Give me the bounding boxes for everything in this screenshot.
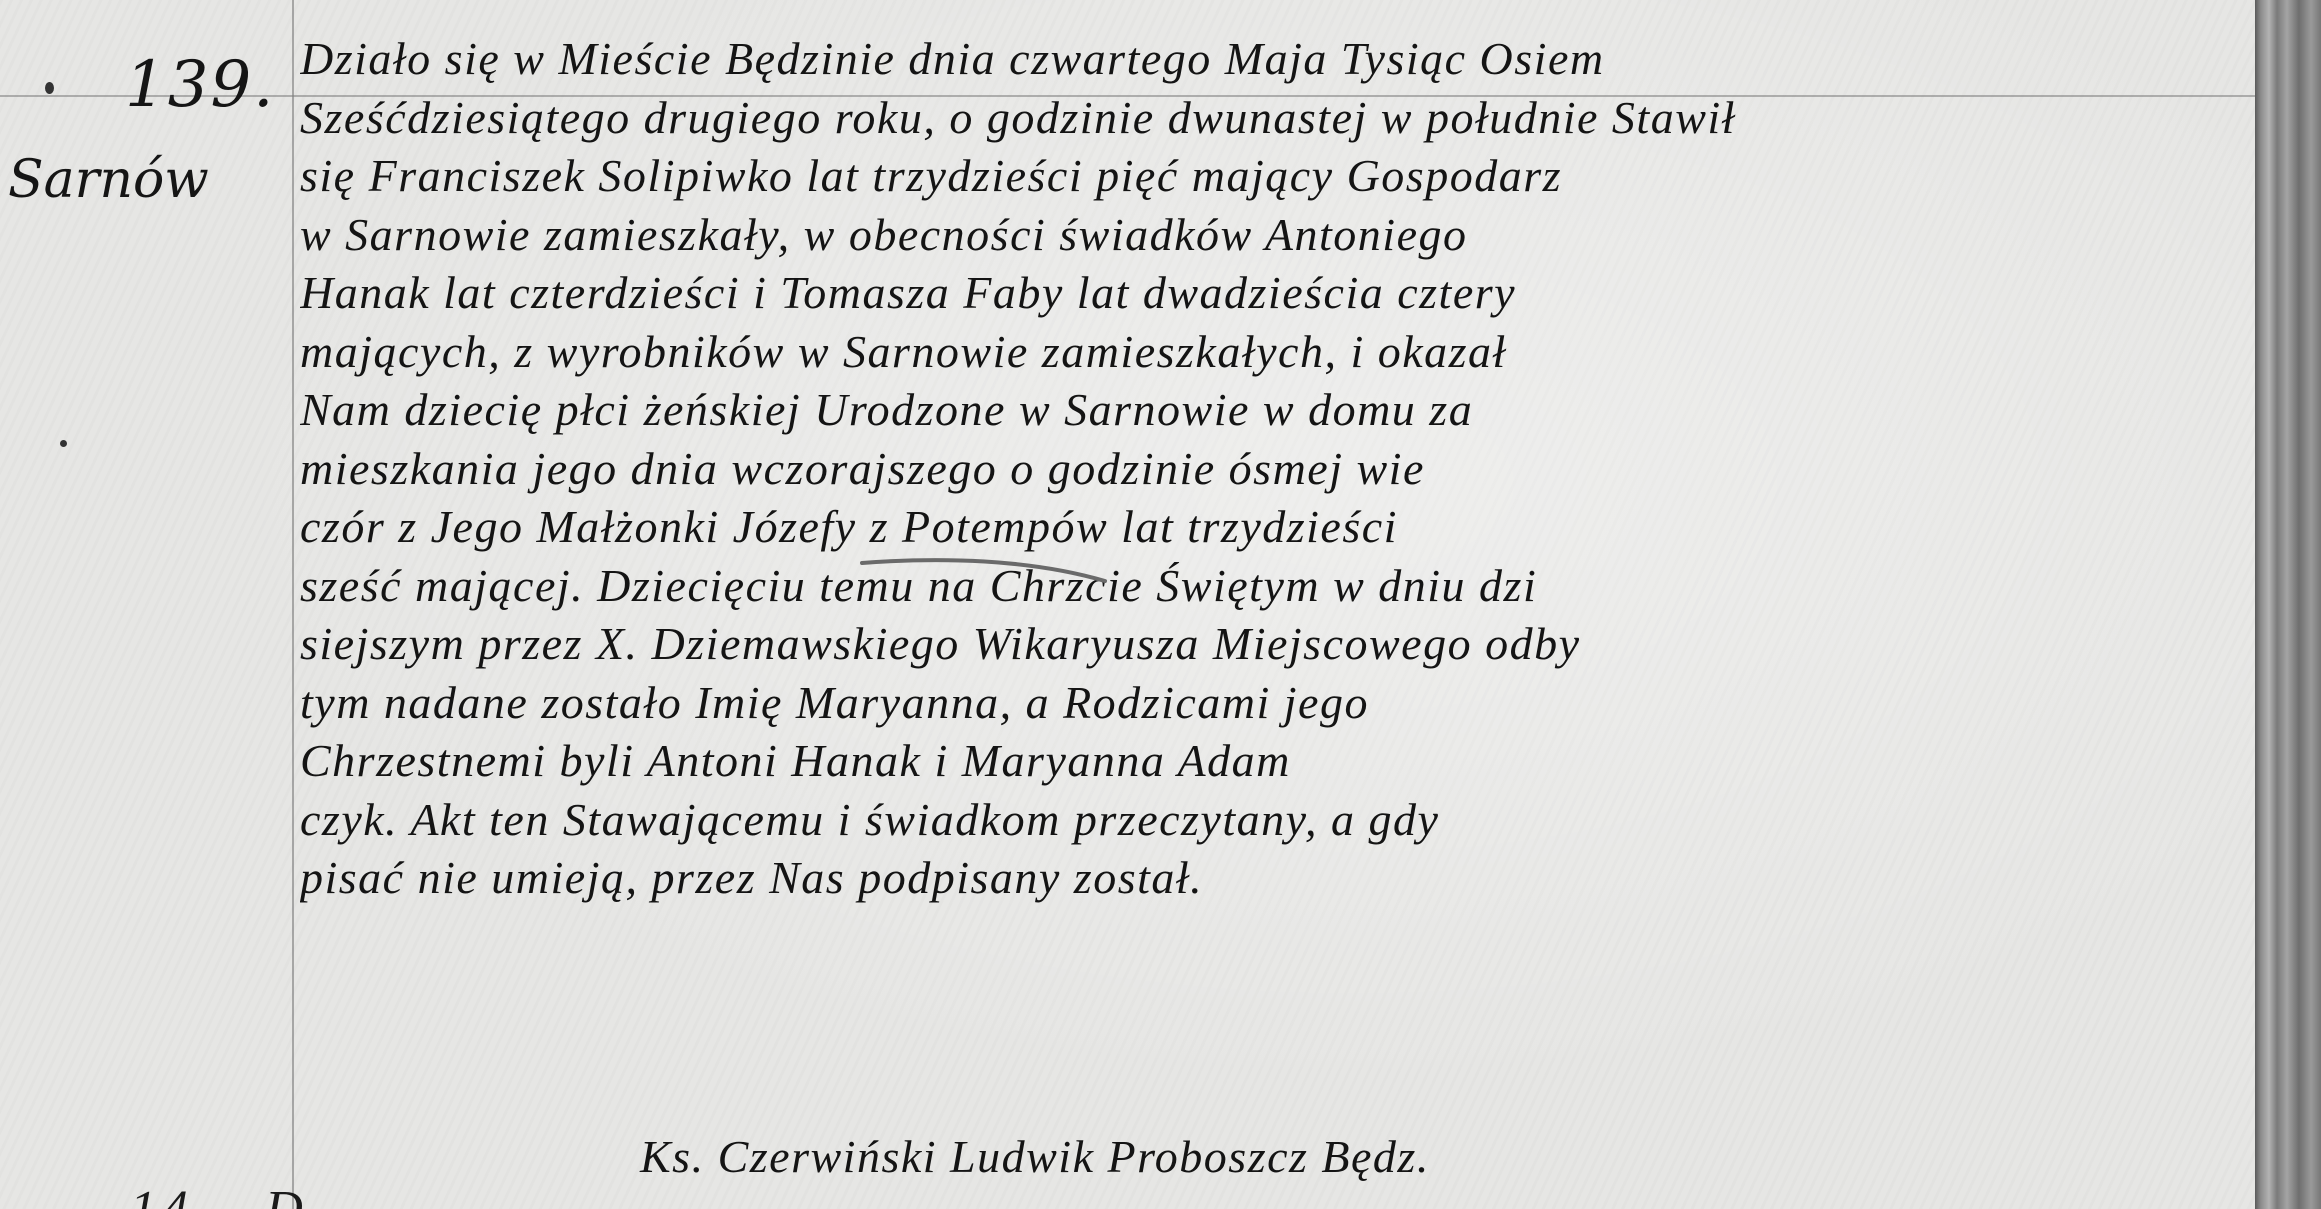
record-line: tym nadane zostało Imię Maryanna, a Rodz… [300,674,2240,733]
record-line: sześć mającej. Dziecięciu temu na Chrzci… [300,557,2240,616]
pencil-underline-mark [860,555,1110,585]
margin-ruling-line [292,0,294,1209]
record-line: pisać nie umieją, przez Nas podpisany zo… [300,849,2240,908]
record-line: mieszkania jego dnia wczorajszego o godz… [300,440,2240,499]
ink-dot [45,82,54,94]
record-line: Nam dziecię płci żeńskiej Urodzone w Sar… [300,381,2240,440]
record-line: się Franciszek Solipiwko lat trzydzieści… [300,147,2240,206]
record-line: Chrzestnemi byli Antoni Hanak i Maryanna… [300,732,2240,791]
book-binding-edge [2255,0,2321,1209]
record-line: czór z Jego Małżonki Józefy z Potempów l… [300,498,2240,557]
margin-place-name: Sarnów [8,150,209,210]
record-line: siejszym przez X. Dziemawskiego Wikaryus… [300,615,2240,674]
record-line: Działo się w Mieście Będzinie dnia czwar… [300,30,2240,89]
scanned-register-page: 139. Sarnów Działo się w Mieście Będzini… [0,0,2255,1209]
record-line: Sześćdziesiątego drugiego roku, o godzin… [300,89,2240,148]
next-entry-partial: 14… D… [130,1180,361,1209]
record-line: mających, z wyrobników w Sarnowie zamies… [300,323,2240,382]
record-line: czyk. Akt ten Stawającemu i świadkom prz… [300,791,2240,850]
priest-signature: Ks. Czerwiński Ludwik Proboszcz Będz. [640,1130,1430,1183]
record-body: Działo się w Mieście Będzinie dnia czwar… [300,30,2240,908]
record-line: w Sarnowie zamieszkały, w obecności świa… [300,206,2240,265]
record-line: Hanak lat czterdzieści i Tomasza Faby la… [300,264,2240,323]
ink-dot [60,440,67,447]
entry-number: 139. [125,48,276,122]
